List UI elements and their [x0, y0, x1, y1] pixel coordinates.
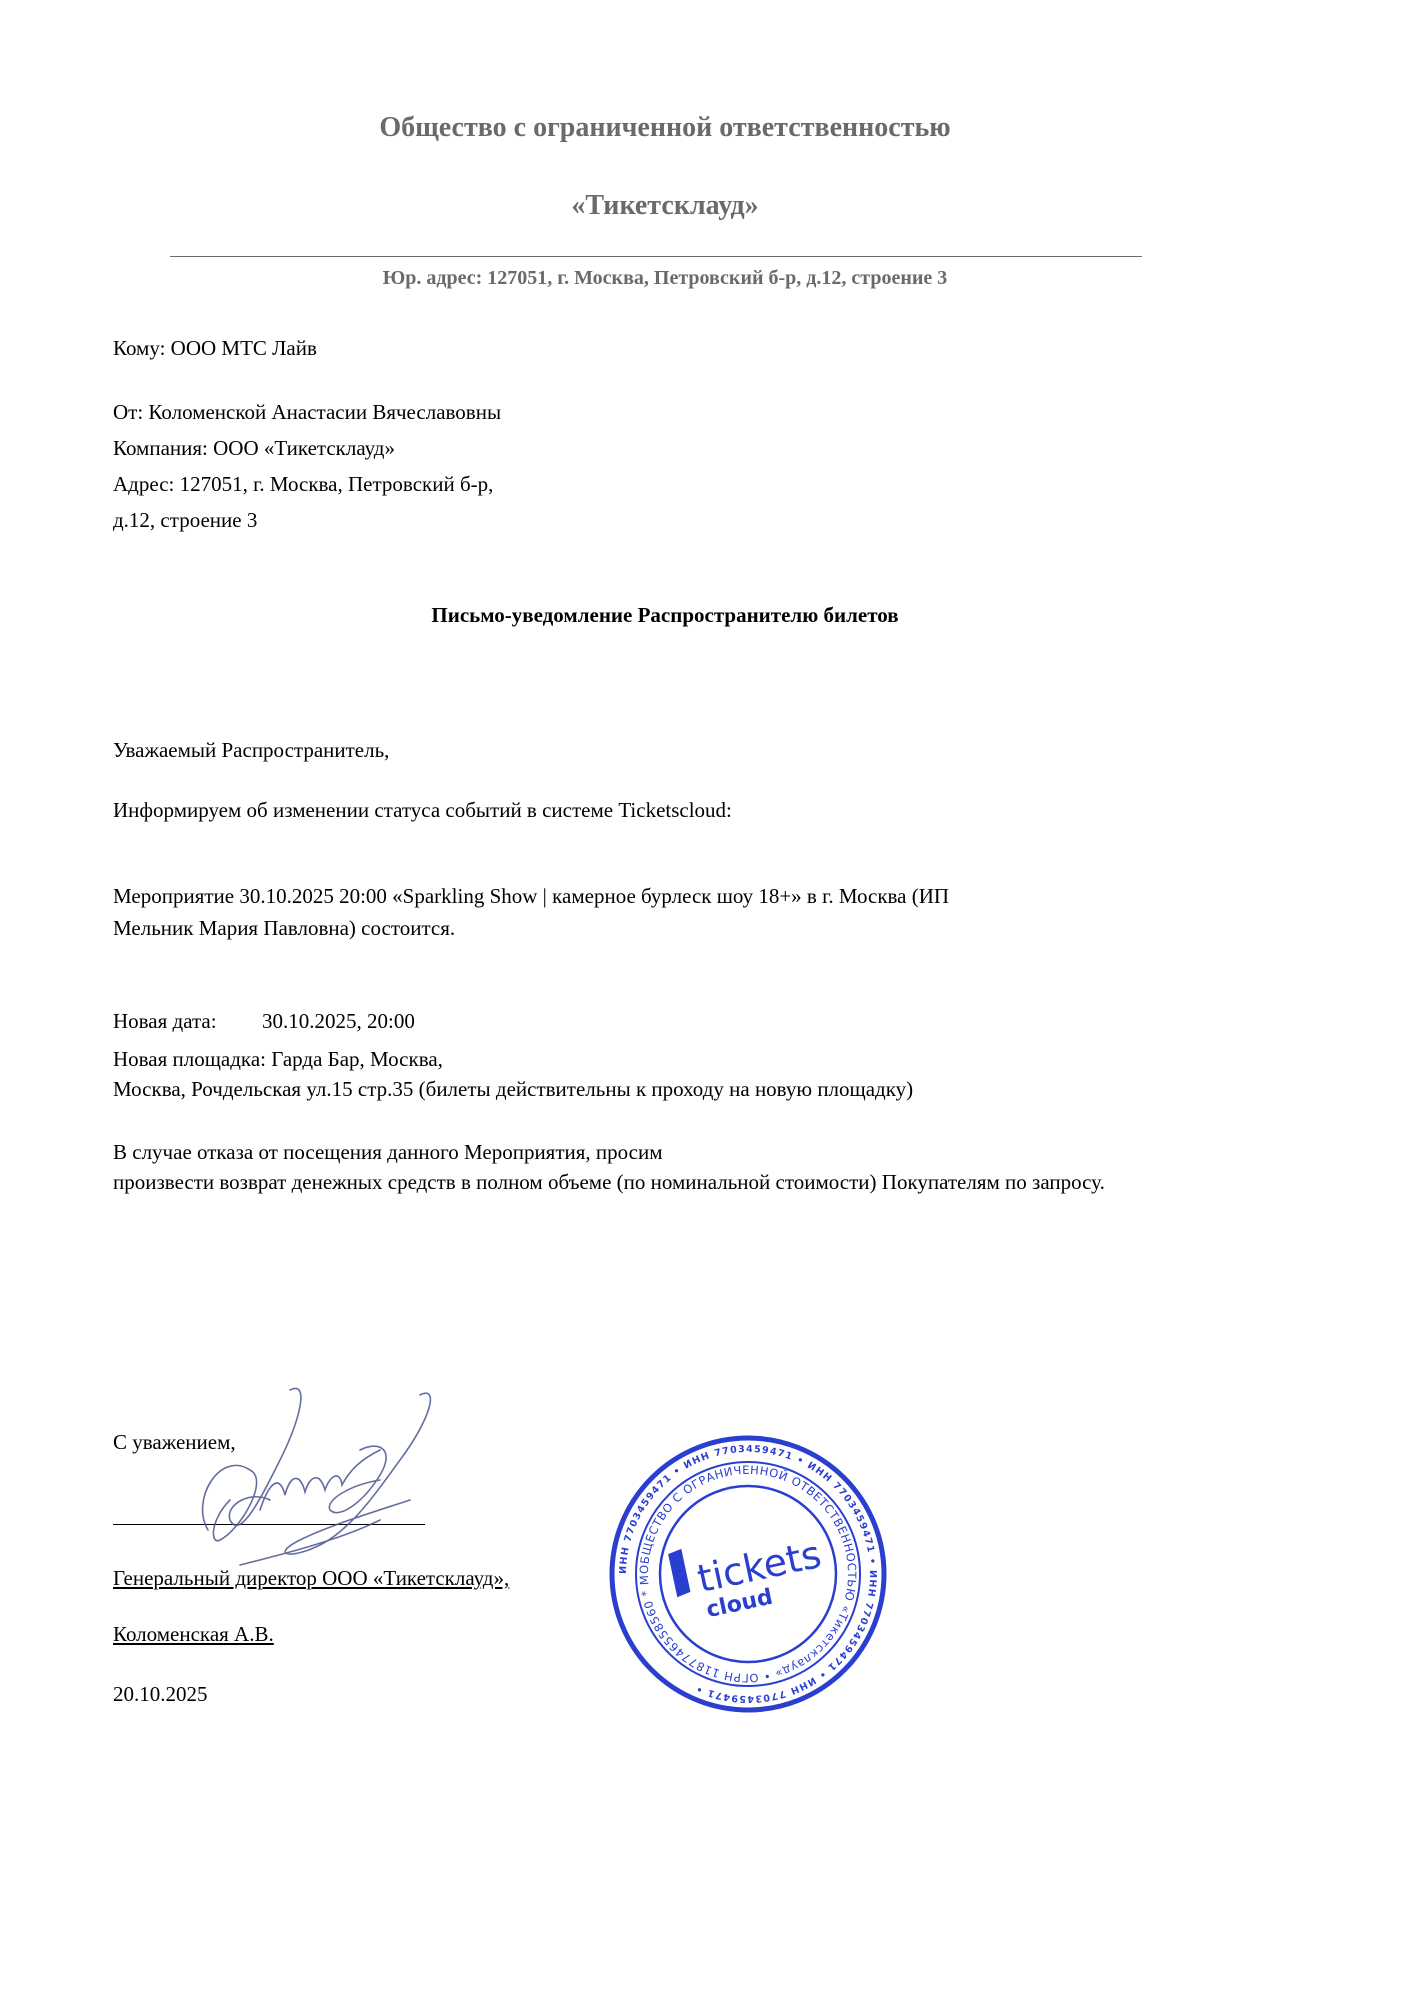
new-venue-line-2: Москва, Рочдельская ул.15 стр.35 (билеты… — [113, 1071, 913, 1107]
letter-title: Письмо-уведомление Распространителю биле… — [0, 603, 1330, 628]
sender-address-line2: д.12, строение 3 — [113, 502, 257, 538]
event-line-2: Мельник Мария Павловна) состоится. — [113, 910, 455, 946]
signer-name: Коломенская А.В. — [113, 1616, 274, 1652]
letterhead-divider — [170, 256, 1142, 257]
event-line-1: Мероприятие 30.10.2025 20:00 «Sparkling … — [113, 878, 949, 914]
handwritten-signature — [180, 1380, 460, 1580]
recipient-line: Кому: ООО МТС Лайв — [113, 330, 317, 366]
sender-company: Компания: ООО «Тикетсклауд» — [113, 430, 395, 466]
company-full-name: Общество с ограниченной ответственностью — [0, 112, 1330, 144]
company-stamp: ИНН 7703459471 • ИНН 7703459471 • ИНН 77… — [606, 1432, 890, 1716]
letter-date: 20.10.2025 — [113, 1676, 208, 1712]
new-date-label: Новая дата: — [113, 1003, 217, 1039]
legal-address: Юр. адрес: 127051, г. Москва, Петровский… — [0, 267, 1330, 290]
sender-address-line1: Адрес: 127051, г. Москва, Петровский б-р… — [113, 466, 493, 502]
intro-text: Информируем об изменении статуса событий… — [113, 792, 732, 828]
greeting: Уважаемый Распространитель, — [113, 732, 389, 768]
sender-from: От: Коломенской Анастасии Вячеславовны — [113, 394, 501, 430]
stamp-logo-mark — [668, 1549, 690, 1597]
refund-line-2: произвести возврат денежных средств в по… — [113, 1164, 1105, 1200]
new-date-value: 30.10.2025, 20:00 — [262, 1003, 415, 1039]
company-brand-name: «Тикетсклауд» — [0, 190, 1330, 222]
